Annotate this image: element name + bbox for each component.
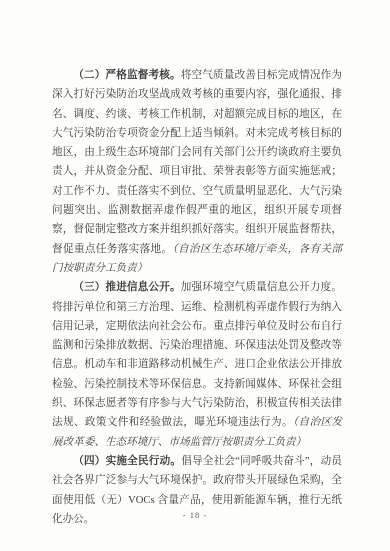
text-segment-heading: （三）推进信息公开。 [73,282,181,293]
paragraph: （三）推进信息公开。加强环境空气质量信息公开力度。将排污单位和第三方治理、运维、… [52,278,342,452]
text-segment-heading: （二）严格监督考核。 [73,70,181,81]
page-number: - 18 - [0,510,390,520]
text-segment-normal: 加强环境空气质量信息公开力度。将排污单位和第三方治理、运维、检测机构弄虚作假行为… [52,282,342,428]
document-page: （二）严格监督考核。将空气质量改善目标完成情况作为深入打好污染防治攻坚战成效考核… [0,0,390,551]
paragraph: （二）严格监督考核。将空气质量改善目标完成情况作为深入打好污染防治攻坚战成效考核… [52,66,342,278]
text-segment-heading: （四）实施全民行动。 [73,456,181,467]
document-body: （二）严格监督考核。将空气质量改善目标完成情况作为深入打好污染防治攻坚战成效考核… [52,66,342,529]
text-segment-normal: 将空气质量改善目标完成情况作为深入打好污染防治攻坚战成效考核的重要内容，强化通报… [52,70,342,255]
